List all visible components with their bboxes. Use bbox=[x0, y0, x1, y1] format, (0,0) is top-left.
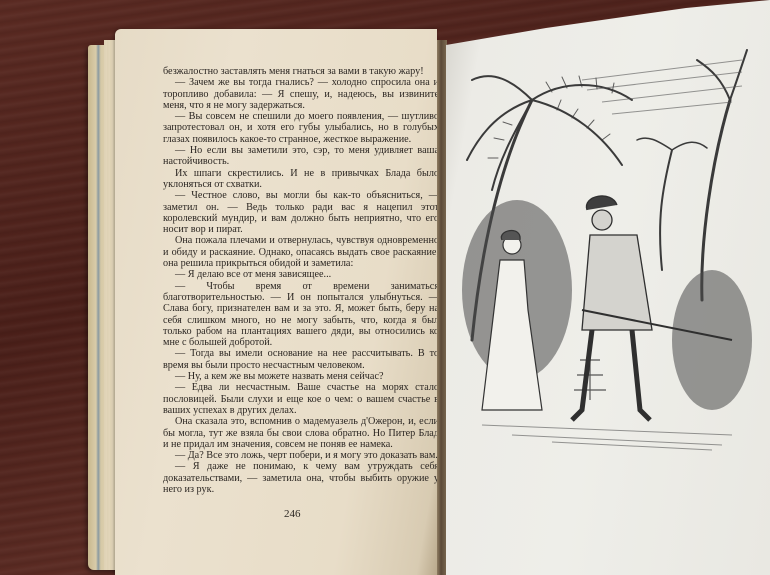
paragraph: — Чтобы время от времени заниматься благ… bbox=[163, 281, 439, 349]
paragraph: Она пожала плечами и отвернулась, чувств… bbox=[163, 235, 439, 269]
paragraph: — Честное слово, вы могли бы как-то объя… bbox=[163, 190, 439, 235]
paragraph: — Вы совсем не спешили до моего появлени… bbox=[163, 111, 439, 145]
paragraph: — Но если вы заметили это, сэр, то меня … bbox=[163, 145, 439, 168]
paragraph: — Тогда вы имели основание на нее рассчи… bbox=[163, 348, 439, 371]
paragraph: — Я даже не понимаю, к чему вам утруждат… bbox=[163, 461, 439, 495]
paragraph: Их шпаги скрестились. И не в привычках Б… bbox=[163, 168, 439, 191]
paragraph: — Ну, а кем же вы можете назвать меня се… bbox=[163, 371, 439, 382]
paragraph: — Зачем же вы тогда гнались? — холодно с… bbox=[163, 77, 439, 111]
left-page-text: безжалостно заставлять меня гнаться за в… bbox=[163, 66, 439, 495]
illustration bbox=[462, 40, 752, 460]
paragraph: Она сказала это, вспомнив о мадемуазель … bbox=[163, 416, 439, 450]
paragraph: — Едва ли несчастным. Ваше счастье на мо… bbox=[163, 382, 439, 416]
page-number: 246 bbox=[284, 508, 301, 520]
paragraph: безжалостно заставлять меня гнаться за в… bbox=[163, 66, 439, 77]
book-gutter bbox=[437, 40, 447, 575]
paragraph: — Я делаю все от меня зависящее... bbox=[163, 269, 439, 280]
paragraph: — Да? Все это ложь, черт побери, и я мог… bbox=[163, 450, 439, 461]
